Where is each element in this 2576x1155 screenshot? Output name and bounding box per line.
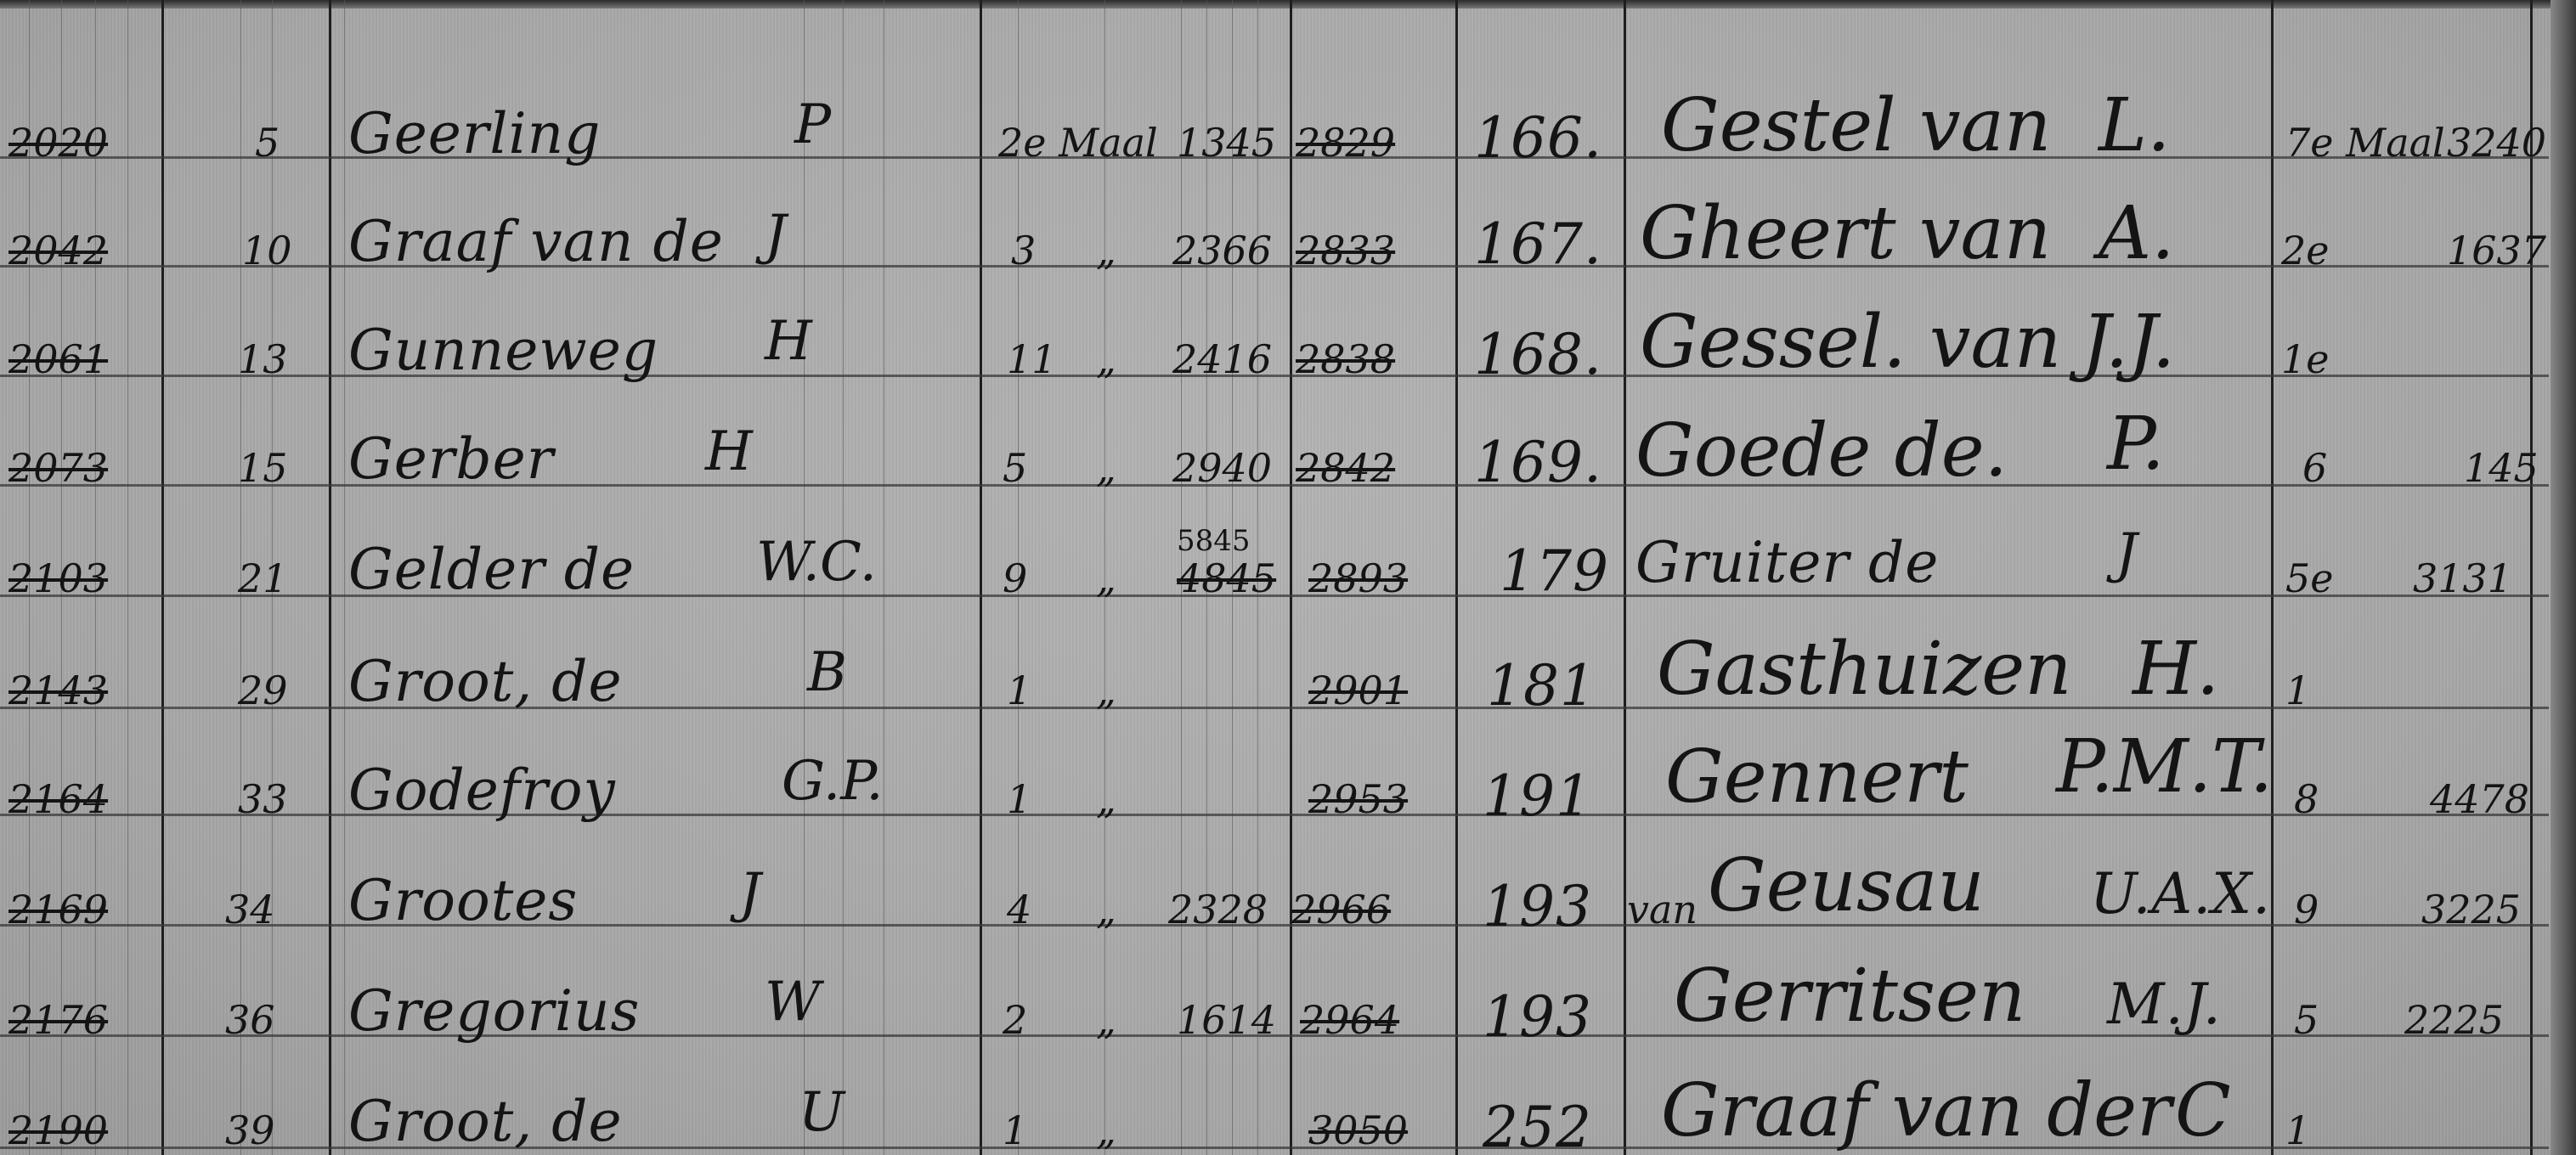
- surname: Groot, de: [348, 1094, 623, 1150]
- ditto-mark: „: [1096, 559, 1116, 598]
- ditto-mark: „: [1096, 1000, 1116, 1039]
- right-initials: M.J.: [2107, 977, 2222, 1033]
- entry-number: 29: [238, 671, 288, 710]
- right-initials: U.A.X.: [2090, 866, 2271, 922]
- entry-number: 15: [238, 448, 288, 487]
- old-number: 2061: [8, 340, 108, 379]
- surname: Grootes: [348, 873, 578, 929]
- entry-number: 10: [242, 231, 292, 270]
- right-old-number: 2953: [1308, 780, 1408, 819]
- right-surname: Gennert: [1665, 741, 1969, 814]
- old-number: 2143: [8, 671, 108, 710]
- amount: 1345: [1177, 123, 1276, 162]
- right-amount: 4478: [2430, 780, 2529, 819]
- amount: 2366: [1172, 231, 1272, 270]
- initials: H: [765, 314, 812, 369]
- right-old-number: 2838: [1296, 340, 1395, 379]
- right-old-number: 2901: [1308, 671, 1408, 710]
- times: 11: [1007, 340, 1057, 379]
- surname: Gelder de: [348, 542, 635, 598]
- column-rule: [1455, 0, 1458, 1155]
- old-number: 2164: [8, 780, 108, 819]
- right-prefix: van: [1627, 890, 1698, 929]
- surname: Gunneweg: [348, 323, 658, 379]
- register-page: 2020 5 Geerling P 2e Maal 1345 2829 166.…: [0, 0, 2576, 1155]
- column-rule: [1624, 0, 1626, 1155]
- times: 1: [1003, 1111, 1027, 1150]
- column-rule: [329, 0, 331, 1155]
- right-entry-number: 191: [1483, 769, 1592, 825]
- times: 1: [1007, 671, 1031, 710]
- right-times: 1: [2285, 671, 2310, 710]
- page-top-edge: [0, 0, 2576, 8]
- right-initials: P.M.T.: [2056, 730, 2273, 803]
- ditto-mark: „: [1096, 890, 1116, 929]
- right-old-number: 2893: [1308, 559, 1408, 598]
- right-initials: A.: [2099, 197, 2174, 270]
- surname: Groot, de: [348, 654, 623, 710]
- right-amount: 3131: [2413, 559, 2512, 598]
- right-surname: Gerritsen: [1674, 960, 2025, 1033]
- ditto-mark: „: [1096, 1111, 1116, 1150]
- right-times: 8: [2294, 780, 2319, 819]
- column-rule: [2271, 0, 2274, 1155]
- right-initials: J: [2116, 527, 2138, 581]
- right-entry-number: 181: [1487, 658, 1596, 714]
- initials: J: [765, 208, 787, 262]
- initials: P: [794, 98, 831, 152]
- right-old-number: 2833: [1296, 231, 1395, 270]
- right-amount: 145: [2464, 448, 2539, 487]
- right-initials: H.: [2133, 633, 2219, 706]
- times: 4: [1007, 890, 1031, 929]
- initials: H: [705, 425, 753, 479]
- column-rule: [161, 0, 164, 1155]
- right-entry-number: 193: [1483, 879, 1592, 935]
- surname: Graaf van de: [348, 214, 724, 270]
- right-entry-number: 193: [1483, 989, 1592, 1045]
- right-initials: L.: [2099, 89, 2170, 162]
- surname: Gregorius: [348, 983, 640, 1039]
- entry-number: 5: [255, 123, 280, 162]
- entry-number: 33: [238, 780, 288, 819]
- surname: Gerber: [348, 431, 554, 487]
- right-entry-number: 166.: [1474, 110, 1602, 166]
- ditto-mark: „: [1096, 780, 1116, 819]
- right-old-number: 2829: [1296, 123, 1395, 162]
- sub-rule: [884, 0, 884, 1155]
- right-surname: Geusau: [1708, 849, 1985, 922]
- entry-number: 13: [238, 340, 288, 379]
- right-initials: J.J.: [2082, 306, 2175, 379]
- right-amount: 3225: [2421, 890, 2521, 929]
- right-times: 5e: [2285, 559, 2334, 598]
- right-amount: 1637: [2447, 231, 2546, 270]
- right-times: 7e Maal: [2285, 123, 2445, 162]
- sub-rule: [127, 0, 128, 1155]
- surname: Geerling: [348, 106, 601, 162]
- right-times: 5: [2294, 1000, 2319, 1039]
- ditto-mark: „: [1096, 448, 1116, 487]
- initials: B: [807, 645, 847, 700]
- right-times: 2e: [2281, 231, 2330, 270]
- old-number: 2073: [8, 448, 108, 487]
- ditto-mark: „: [1096, 671, 1116, 710]
- right-old-number: 2842: [1296, 448, 1395, 487]
- old-number: 2190: [8, 1111, 108, 1150]
- entry-number: 21: [238, 559, 288, 598]
- amount-correction: 5845: [1177, 527, 1251, 555]
- old-number: 2176: [8, 1000, 108, 1039]
- right-old-number: 2966: [1291, 890, 1391, 929]
- right-old-number: 2964: [1300, 1000, 1399, 1039]
- entry-number: 34: [225, 890, 275, 929]
- times: 2e Maal: [998, 123, 1158, 162]
- initials: W: [765, 975, 821, 1029]
- right-surname: Goede de.: [1635, 414, 2008, 487]
- initials: J: [739, 866, 761, 921]
- column-rule: [1290, 0, 1292, 1155]
- amount: 1614: [1177, 1000, 1276, 1039]
- right-times: 6: [2302, 448, 2327, 487]
- right-entry-number: 168.: [1474, 327, 1602, 383]
- times: 9: [1003, 559, 1027, 598]
- right-entry-number: 167.: [1474, 217, 1602, 273]
- right-surname: Graaf van der: [1661, 1074, 2172, 1147]
- old-number: 2042: [8, 231, 108, 270]
- right-initials: P.: [2107, 408, 2165, 481]
- right-surname: Gestel van: [1661, 89, 2051, 162]
- times: 3: [1011, 231, 1036, 270]
- right-amount: 3240: [2447, 123, 2546, 162]
- right-surname: Gessel. van: [1640, 306, 2061, 379]
- ditto-mark: „: [1096, 231, 1116, 270]
- right-entry-number: 179: [1500, 544, 1609, 600]
- right-surname: Gruiter de: [1635, 535, 1939, 591]
- right-surname: Gheert van: [1640, 197, 2051, 270]
- right-amount: 2225: [2404, 1000, 2504, 1039]
- initials: U: [799, 1085, 845, 1140]
- right-surname: Gasthuizen: [1657, 633, 2072, 706]
- times: 1: [1007, 780, 1031, 819]
- times: 2: [1003, 1000, 1027, 1039]
- amount: 2416: [1172, 340, 1272, 379]
- right-initials: C: [2175, 1074, 2231, 1147]
- right-entry-number: 252: [1483, 1100, 1592, 1155]
- amount: 4845: [1177, 559, 1276, 598]
- times: 5: [1003, 448, 1027, 487]
- initials: W.C.: [756, 535, 877, 589]
- right-times: 9: [2294, 890, 2319, 929]
- right-times: 1e: [2281, 340, 2330, 379]
- amount: 2940: [1172, 448, 1272, 487]
- right-old-number: 3050: [1308, 1111, 1408, 1150]
- page-right-edge: [2551, 0, 2576, 1155]
- entry-number: 36: [225, 1000, 275, 1039]
- column-rule: [2530, 0, 2533, 1155]
- amount: 2328: [1168, 890, 1268, 929]
- surname: Godefroy: [348, 763, 616, 819]
- initials: G.P.: [782, 754, 884, 808]
- right-entry-number: 169.: [1474, 435, 1602, 491]
- sub-rule: [344, 0, 345, 1155]
- old-number: 2020: [8, 123, 108, 162]
- ditto-mark: „: [1096, 340, 1116, 379]
- column-rule: [980, 0, 982, 1155]
- old-number: 2103: [8, 559, 108, 598]
- old-number: 2169: [8, 890, 108, 929]
- entry-number: 39: [225, 1111, 275, 1150]
- right-times: 1: [2285, 1111, 2310, 1150]
